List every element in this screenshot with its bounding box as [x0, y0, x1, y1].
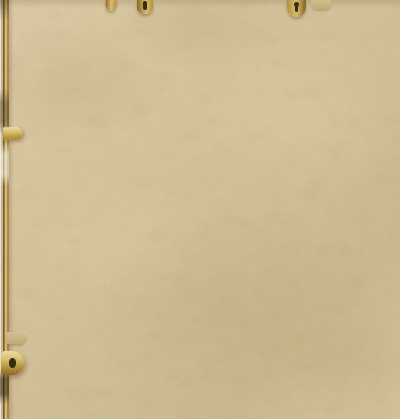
- hardware-left-tab-upper: [3, 127, 22, 141]
- hardware-left-tab-lower: [6, 332, 25, 344]
- backing-board: [0, 0, 400, 419]
- hardware-top-turn-button: [137, 0, 153, 14]
- hardware-left-keyhole-hanger: [1, 351, 24, 375]
- hardware-top-tab-flat: [311, 0, 331, 9]
- frame-back-photo: [0, 0, 400, 419]
